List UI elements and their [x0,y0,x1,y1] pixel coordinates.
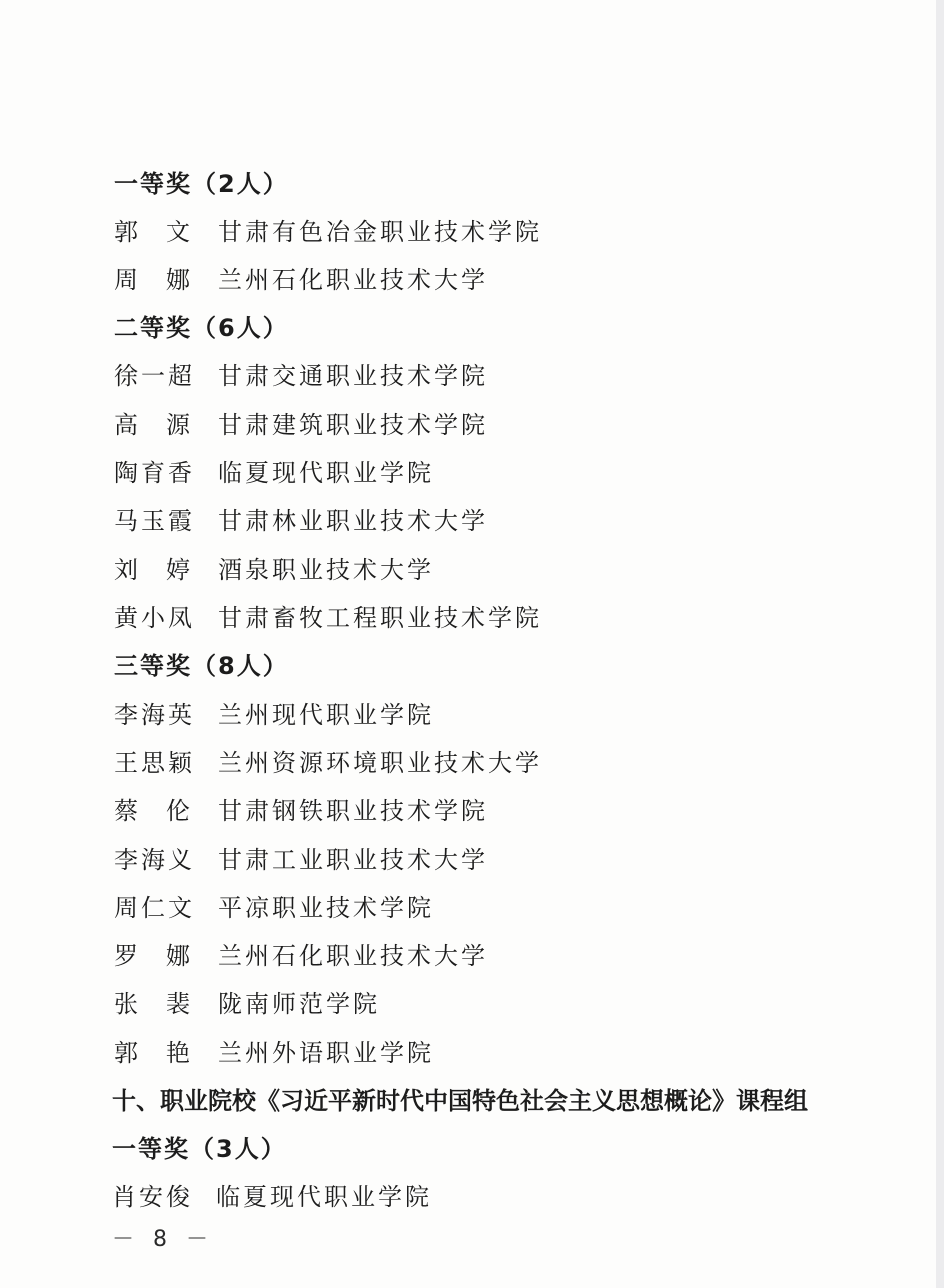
award-entry: 王思颖兰州资源环境职业技术大学 [114,743,542,783]
winner-org: 甘肃林业职业技术大学 [218,501,488,541]
winner-org: 兰州现代职业学院 [218,695,434,735]
winner-org: 甘肃有色冶金职业技术学院 [218,212,542,252]
award-heading-first-prize: 一等奖（2人） [114,164,289,204]
award-entry: 马玉霞甘肃林业职业技术大学 [114,501,488,541]
winner-name: 黄小凤 [114,598,218,638]
winner-name: 郭文 [114,212,218,252]
winner-org: 甘肃钢铁职业技术学院 [218,791,488,831]
winner-name: 周仁文 [114,888,218,928]
award-entry: 李海英兰州现代职业学院 [114,695,434,735]
winner-name: 肖安俊 [112,1177,216,1217]
winner-org: 兰州资源环境职业技术大学 [218,743,542,783]
award-entry: 周仁文平凉职业技术学院 [114,888,434,928]
winner-org: 陇南师范学院 [218,984,380,1024]
award-entry: 陶育香临夏现代职业学院 [114,453,434,493]
award-entry: 徐一超甘肃交通职业技术学院 [114,356,488,396]
winner-org: 兰州石化职业技术大学 [218,260,488,300]
winner-org: 酒泉职业技术大学 [218,550,434,590]
winner-name: 徐一超 [114,356,218,396]
section-title-course-group: 十、职业院校《习近平新时代中国特色社会主义思想概论》课程组 [112,1081,808,1121]
award-entry: 周娜兰州石化职业技术大学 [114,260,488,300]
award-entry: 肖安俊临夏现代职业学院 [112,1177,432,1217]
winner-org: 临夏现代职业学院 [218,453,434,493]
winner-name: 郭艳 [114,1033,218,1073]
winner-name: 罗娜 [114,936,218,976]
award-entry: 蔡伦甘肃钢铁职业技术学院 [114,791,488,831]
winner-name: 周娜 [114,260,218,300]
award-heading-first-prize: 一等奖（3人） [112,1129,287,1169]
award-entry: 高源甘肃建筑职业技术学院 [114,405,488,445]
award-entry: 罗娜兰州石化职业技术大学 [114,936,488,976]
award-entry: 郭艳兰州外语职业学院 [114,1033,434,1073]
winner-name: 刘婷 [114,550,218,590]
award-entry: 李海义甘肃工业职业技术大学 [114,840,488,880]
winner-org: 兰州石化职业技术大学 [218,936,488,976]
winner-name: 王思颖 [114,743,218,783]
document-page: 一等奖（2人） 郭文甘肃有色冶金职业技术学院 周娜兰州石化职业技术大学 二等奖（… [0,0,936,1288]
award-entry: 郭文甘肃有色冶金职业技术学院 [114,212,542,252]
winner-name: 马玉霞 [114,501,218,541]
winner-org: 甘肃建筑职业技术学院 [218,405,488,445]
winner-org: 甘肃畜牧工程职业技术学院 [218,598,542,638]
winner-name: 高源 [114,405,218,445]
winner-org: 平凉职业技术学院 [218,888,434,928]
winner-name: 李海义 [114,840,218,880]
winner-name: 陶育香 [114,453,218,493]
scan-edge-strip [936,0,944,1288]
winner-org: 甘肃工业职业技术大学 [218,840,488,880]
winner-org: 甘肃交通职业技术学院 [218,356,488,396]
award-heading-second-prize: 二等奖（6人） [114,308,289,348]
page-number: － 8 － [112,1222,214,1253]
winner-org: 临夏现代职业学院 [216,1177,432,1217]
award-entry: 黄小凤甘肃畜牧工程职业技术学院 [114,598,542,638]
award-heading-third-prize: 三等奖（8人） [114,646,289,686]
award-entry: 刘婷酒泉职业技术大学 [114,550,434,590]
winner-name: 蔡伦 [114,791,218,831]
award-entry: 张裴陇南师范学院 [114,984,380,1024]
winner-org: 兰州外语职业学院 [218,1033,434,1073]
winner-name: 张裴 [114,984,218,1024]
winner-name: 李海英 [114,695,218,735]
